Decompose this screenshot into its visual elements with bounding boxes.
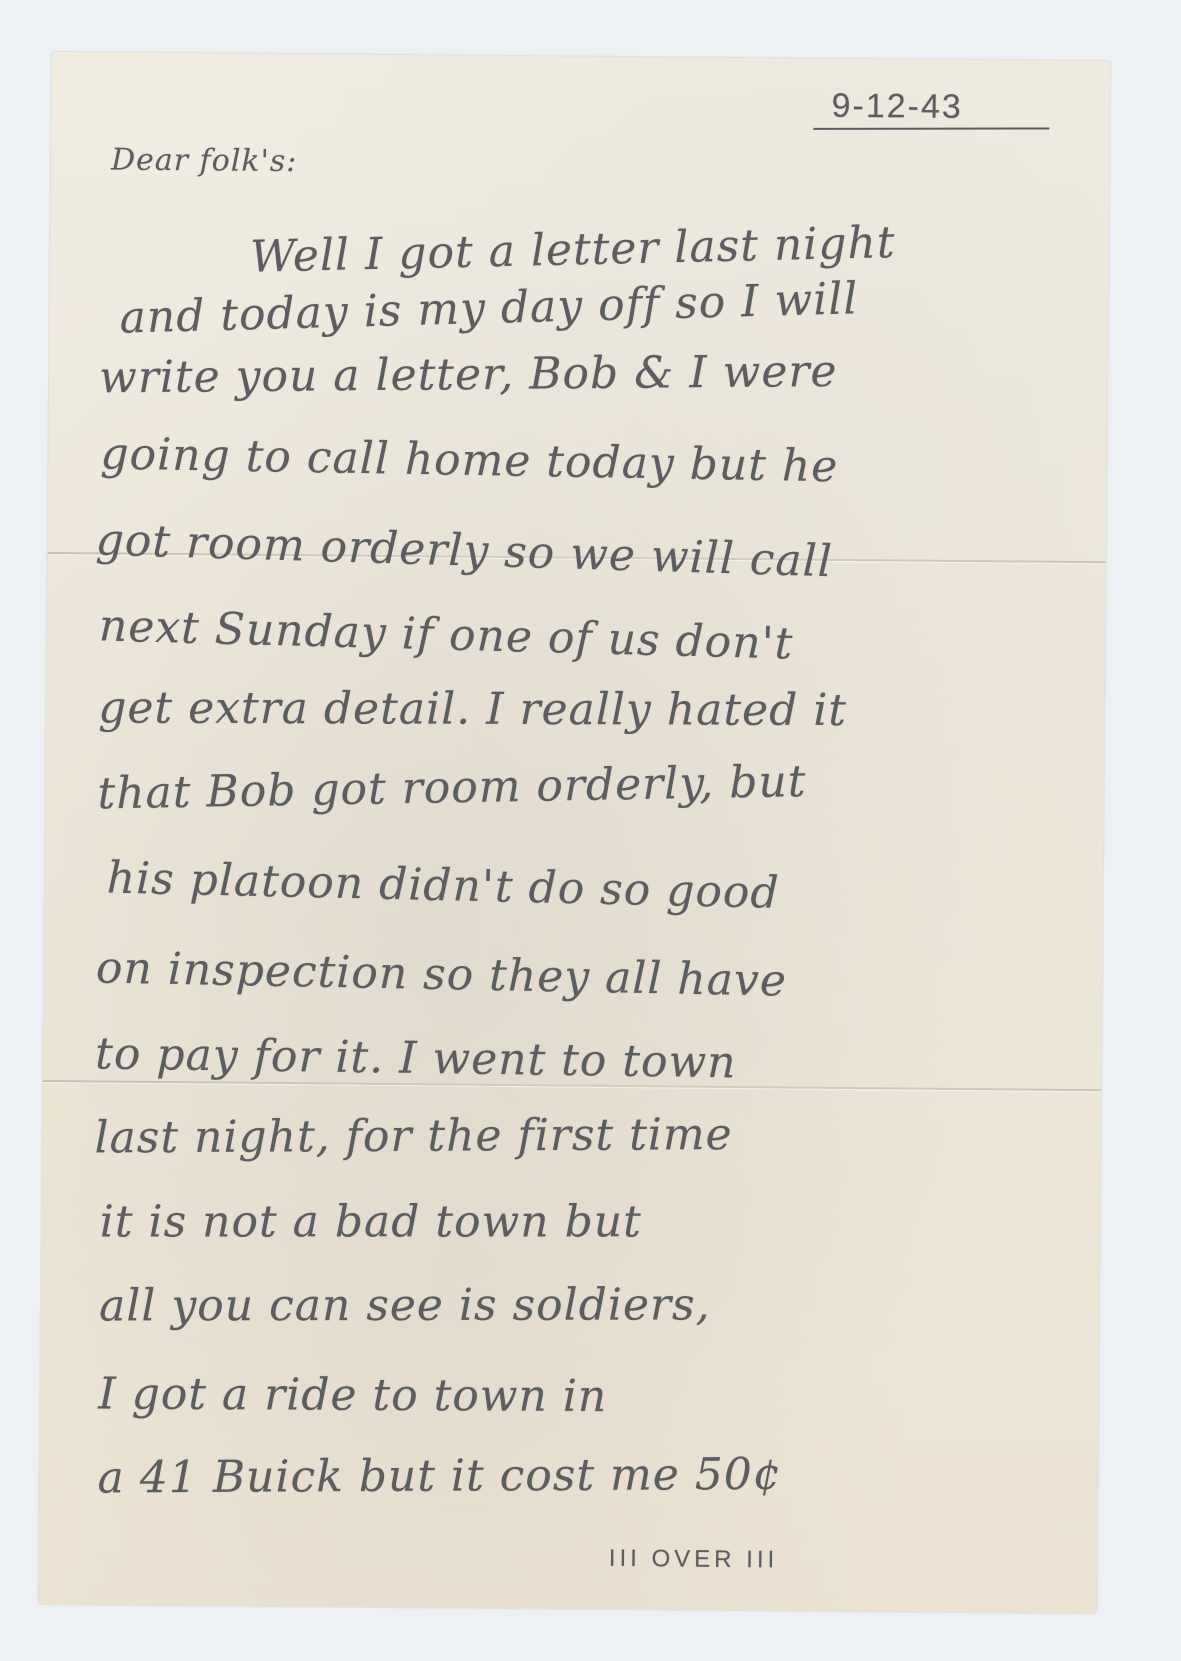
letter-line-7: get extra detail. I really hated it [98,682,847,736]
letter-line-12: last night, for the first time [94,1109,732,1163]
letter-line-1: Well I got a letter last night [250,217,896,283]
letter-line-3: write you a letter, Bob & I were [99,346,838,403]
letter-line-14: all you can see is soldiers, [99,1279,711,1331]
over-mark: III OVER III [609,1545,779,1574]
letter-line-5: got room orderly so we will call [95,514,834,587]
letter-line-8: that Bob got room orderly, but [97,756,807,819]
letter-line-9: his platoon didn't do so good [106,853,780,919]
letter-line-10: on inspection so they all have [96,942,788,1006]
letter-line-2: and today is my day off so I will [119,273,859,343]
letter-line-11: to pay for it. I went to town [95,1028,737,1088]
letter-line-16: a 41 Buick but it cost me 50¢ [97,1449,782,1504]
salutation: Dear folk's: [111,143,298,180]
letter-date: 9-12-43 [831,87,963,127]
letter-line-6: next Sunday if one of us don't [98,600,794,669]
date-underline [813,127,1049,129]
letter-paper: 9-12-43 Dear folk's: Well I got a letter… [38,52,1110,1613]
letter-line-15: I got a ride to town in [98,1368,607,1422]
letter-line-13: it is not a bad town but [100,1196,642,1247]
letter-line-4: going to call home today but he [100,428,839,492]
